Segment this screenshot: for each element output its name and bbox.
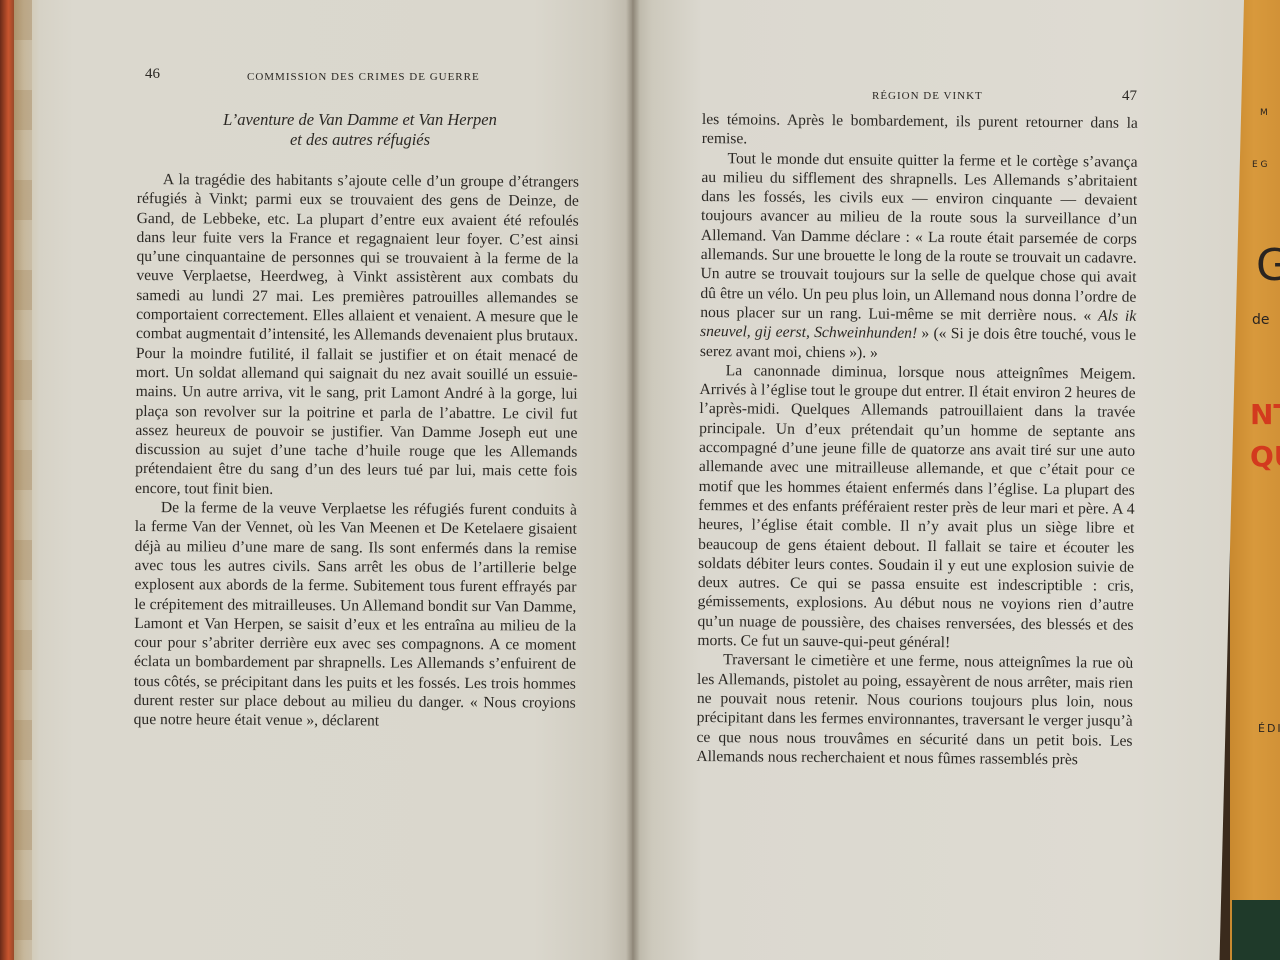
- right-page-number: 47: [1122, 88, 1137, 105]
- background-book-publisher: ÉDITI: [1258, 722, 1280, 735]
- background-book-letter: G: [1256, 240, 1280, 291]
- page-edge-stain: [14, 0, 32, 960]
- left-running-head: Commission des crimes de guerre: [247, 71, 480, 83]
- paragraph: De la ferme de la veuve Verplaetse les r…: [134, 498, 577, 732]
- paragraph: les témoins. Après le bombardement, ils …: [702, 110, 1138, 152]
- background-green-object: [1232, 900, 1280, 960]
- section-title-line: et des autres réfugiés: [170, 130, 550, 150]
- paragraph-text: Tout le monde dut ensuite quitter la fer…: [700, 150, 1137, 325]
- background-book-red-title: NT: [1250, 398, 1280, 431]
- paragraph: Traversant le cimetière et une ferme, no…: [696, 650, 1133, 770]
- left-page-body: A la tragédie des habitants s’ajoute cel…: [134, 170, 579, 732]
- section-title: L’aventure de Van Damme et Van Herpen et…: [170, 110, 550, 150]
- section-title-line: L’aventure de Van Damme et Van Herpen: [170, 110, 550, 130]
- right-running-head: Région de Vinkt: [872, 90, 983, 102]
- book-spread-photo: M E G G de NT QU ÉDITI 46 Commission des…: [0, 0, 1280, 960]
- right-page-body: les témoins. Après le bombardement, ils …: [696, 110, 1138, 770]
- paragraph: A la tragédie des habitants s’ajoute cel…: [135, 170, 579, 501]
- paragraph: La canonnade diminua, lorsque nous attei…: [697, 361, 1136, 654]
- background-book-fragment: E G: [1252, 160, 1268, 170]
- background-book-red-title: QU: [1250, 440, 1280, 473]
- left-binding: [0, 0, 14, 960]
- left-page-number: 46: [145, 66, 160, 83]
- background-book-word: de: [1252, 312, 1270, 328]
- background-book-fragment: M: [1260, 108, 1268, 118]
- paragraph: Tout le monde dut ensuite quitter la fer…: [700, 149, 1138, 365]
- book-gutter: [626, 0, 640, 960]
